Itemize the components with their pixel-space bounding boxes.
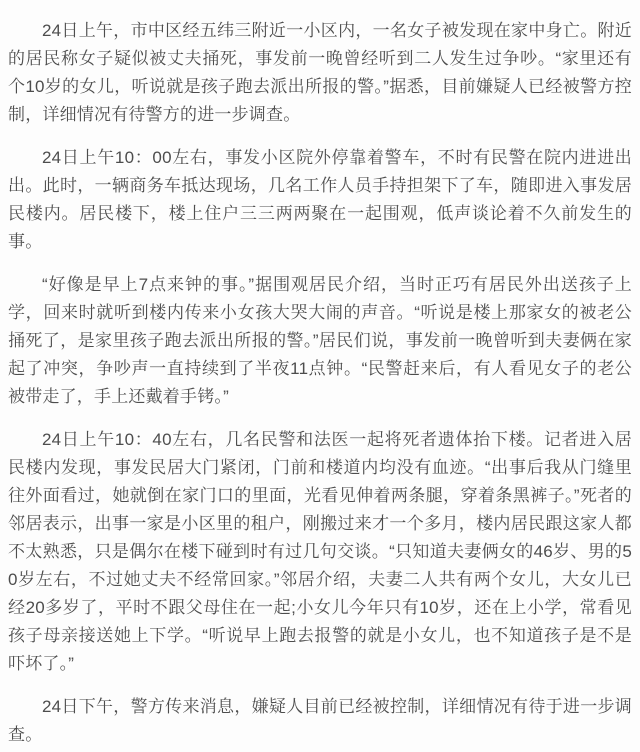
article-paragraph-2: 24日上午10：00左右，事发小区院外停靠着警车，不时有民警在院内进进出出。此时… [8, 144, 632, 256]
article-page: 24日上午，市中区经五纬三附近一小区内，一名女子被发现在家中身亡。附近的居民称女… [0, 0, 640, 752]
article-paragraph-4: 24日上午10：40左右，几名民警和法医一起将死者遗体抬下楼。记者进入居民楼内发… [8, 426, 632, 678]
article-paragraph-1: 24日上午，市中区经五纬三附近一小区内，一名女子被发现在家中身亡。附近的居民称女… [8, 17, 632, 129]
article-paragraph-3: “好像是早上7点来钟的事。”据围观居民介绍，当时正巧有居民外出送孩子上学，回来时… [8, 271, 632, 411]
article-paragraph-5: 24日下午，警方传来消息，嫌疑人目前已经被控制，详细情况有待于进一步调查。 [8, 693, 632, 749]
article-body: 24日上午，市中区经五纬三附近一小区内，一名女子被发现在家中身亡。附近的居民称女… [8, 17, 632, 749]
